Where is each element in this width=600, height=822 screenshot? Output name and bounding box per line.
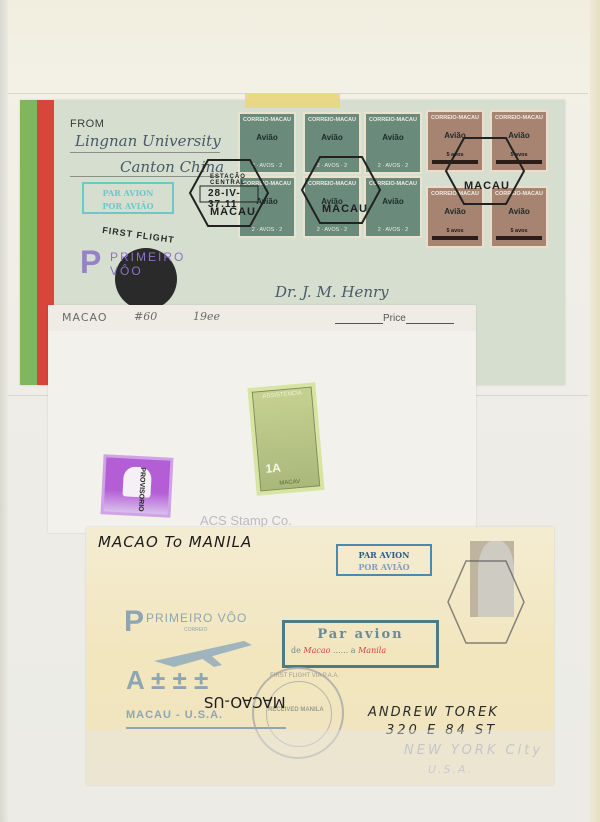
hinge-tape [245, 94, 340, 108]
par-avion-route-box: Par avion de Macao ...... a Manila [282, 620, 439, 668]
par-avion-line-2: POR AVIÃO [84, 200, 172, 213]
par-avion-line-1: PAR AVION [84, 187, 172, 200]
primeiro-voo-cachet: P PRIMEIRO VÔO CORREIO A ± ± ± MACAU - U… [124, 605, 264, 735]
hexagon-postmark-icon: 28-IV-37.11 MACAU ESTAÇÃO CENTRAL [188, 158, 270, 228]
hexagon-postmark-icon: MACAU [300, 155, 382, 225]
from-label: FROM [70, 118, 104, 130]
sender-line-1: Lingnan University [75, 132, 221, 150]
upside-down-note: MACAO-US [204, 693, 286, 711]
first-flight-cachet: FIRST FLIGHT P PRIMEIRO VÔO [90, 230, 200, 310]
price-label: Price [383, 313, 406, 324]
album-spine-right [590, 0, 600, 822]
stamp-assistencia: ASSISTENCIA 1A MACAV [247, 382, 324, 496]
cachet-title: FIRST FLIGHT [102, 225, 176, 245]
address-rule [70, 152, 220, 153]
price-field: Price [335, 313, 454, 324]
stamp-purple-provisorio: PROVISORIO [100, 454, 173, 518]
pagoda-icon: A ± ± ± [126, 665, 208, 696]
cachet-overlay: PRIMEIRO VÔO [110, 250, 200, 278]
card-year-note: 19ee [193, 310, 220, 323]
hexagon-postmark-icon [446, 557, 526, 647]
card-country-note: MACAO [62, 311, 108, 324]
cachet-letter-p-icon: P [124, 605, 144, 639]
address-line-1: ANDREW TOREK [368, 705, 499, 720]
route-note: MACAO To MANILA [98, 533, 252, 551]
par-avion-label: PAR AVION POR AVIÃO [82, 182, 174, 214]
green-border-stripe [20, 100, 37, 385]
dealer-name: ACS Stamp Co. [200, 513, 292, 528]
card-catalog-number: #60 [134, 310, 157, 323]
addressee: Dr. J. M. Henry [275, 283, 389, 301]
hexagon-postmark-icon: MACAU [440, 136, 530, 206]
primeiro-voo-cachet-icon: P [80, 244, 101, 281]
glassine-sleeve [86, 730, 554, 785]
album-spine-left [0, 0, 8, 822]
par-avion-label: PAR AVION POR AVIÃO [336, 544, 432, 576]
